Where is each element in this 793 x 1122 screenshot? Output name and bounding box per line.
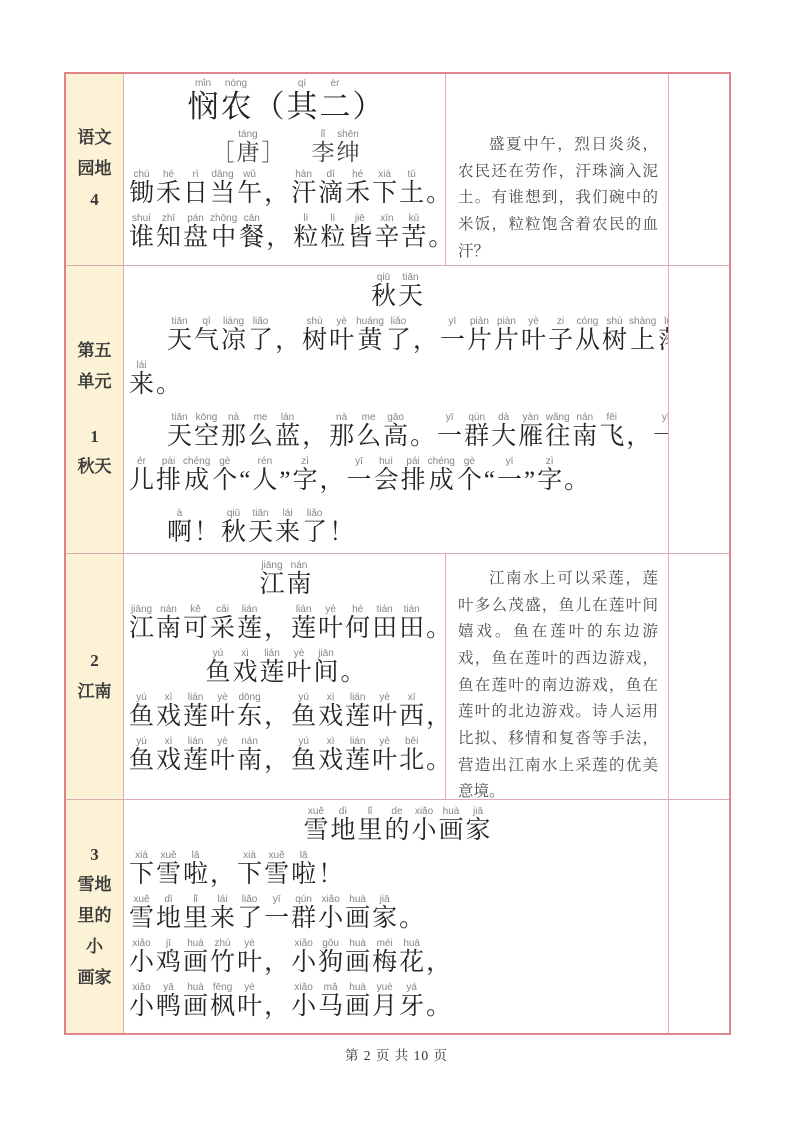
note-paragraph: 江南水上可以采莲，莲叶多么茂盛，鱼儿在莲叶间嬉戏。鱼在莲叶的东边游戏，鱼在莲叶的… (458, 566, 658, 799)
text-line: 儿ér排pái成chéng个gè“ 人rén” 字zì， 一yī会huì排pái… (128, 456, 666, 496)
lesson-content-jiangnan: 江jiāng南nán 江jiāng南nán可kě采cǎi莲lián， 莲lián… (124, 554, 446, 799)
empty-cell (669, 800, 729, 1033)
empty-cell (669, 554, 729, 799)
poem-line: 下xià雪xuě啦lā， 下xià雪xuě啦lā！ (128, 850, 666, 890)
text-line: 天tiān气qì凉liáng了liǎo， 树shù叶yè黄huáng了liǎo，… (128, 316, 666, 356)
poem-line: 小xiǎo鸡jī画huà竹zhú叶yè， 小xiǎo狗gǒu画huà梅méi花h… (128, 938, 666, 978)
poem-line: 雪xuě地dì里lǐ来lái了liǎo一yī群qún小xiǎo画huà家jiā。 (128, 894, 666, 934)
lesson-title: 秋qiū天tiān (128, 272, 666, 312)
poem-line: 鱼yú戏xì莲lián叶yè南nán， 鱼yú戏xì莲lián叶yè北běi。 (128, 736, 443, 776)
poem-title: 雪xuě地dì里lǐ的de小xiǎo画huà家jiā (128, 806, 666, 846)
poem-line: 鱼yú戏xì莲lián叶yè间jiān。 (128, 648, 443, 688)
poem-author: ［ 唐táng］ 李lǐ绅shēn (128, 129, 443, 167)
table-row-minnong: 语文园地4 悯mǐn农nóng（ 其qí二èr） ［ 唐táng］ 李lǐ绅sh… (66, 74, 729, 265)
table-row-xuedili: 3雪地里的小画家 雪xuě地dì里lǐ的de小xiǎo画huà家jiā 下xià… (66, 799, 729, 1033)
text-line: 天tiān空kōng那nà么me蓝lán， 那nà么me高gāo。 一yī群qú… (128, 412, 666, 452)
table-row-qiutian: 第五单元1秋天 秋qiū天tiān 天tiān气qì凉liáng了liǎo， 树… (66, 265, 729, 553)
unit-label-3-xuedilidexiaohuajia: 3雪地里的小画家 (66, 800, 124, 1033)
poem-line: 小xiǎo鸭yā画huà枫fēng叶yè， 小xiǎo马mǎ画huà月yuè牙y… (128, 982, 666, 1022)
empty-cell (669, 266, 729, 553)
page-number: 第 2 页 共 10 页 (0, 1044, 793, 1064)
lesson-content-xuedili: 雪xuě地dì里lǐ的de小xiǎo画huà家jiā 下xià雪xuě啦lā， … (124, 800, 669, 1033)
poem-line: 江jiāng南nán可kě采cǎi莲lián， 莲lián叶yè何hé田tián… (128, 604, 443, 644)
lesson-table: 语文园地4 悯mǐn农nóng（ 其qí二èr） ［ 唐táng］ 李lǐ绅sh… (64, 72, 731, 1035)
unit-label-2-jiangnan: 2江南 (66, 554, 124, 799)
poem-title: 江jiāng南nán (128, 560, 443, 600)
table-row-jiangnan: 2江南 江jiāng南nán 江jiāng南nán可kě采cǎi莲lián， 莲… (66, 553, 729, 799)
note-cell-jiangnan: 江南水上可以采莲，莲叶多么茂盛，鱼儿在莲叶间嬉戏。鱼在莲叶的东边游戏，鱼在莲叶的… (446, 554, 669, 799)
empty-cell (669, 74, 729, 265)
note-paragraph: 盛夏中午，烈日炎炎，农民还在劳作，汗珠滴入泥土。有谁想到，我们碗中的米饭，粒粒饱… (458, 132, 658, 265)
lesson-content-qiutian: 秋qiū天tiān 天tiān气qì凉liáng了liǎo， 树shù叶yè黄h… (124, 266, 669, 553)
note-cell-minnong: 盛夏中午，烈日炎炎，农民还在劳作，汗珠滴入泥土。有谁想到，我们碗中的米饭，粒粒饱… (446, 74, 669, 265)
poem-line: 鱼yú戏xì莲lián叶yè东dōng， 鱼yú戏xì莲lián叶yè西xī， (128, 692, 443, 732)
text-line: 啊à！ 秋qiū天tiān来lái了liǎo！ (128, 508, 666, 548)
poem-line: 锄chú禾hé日rì当dāng午wǔ， 汗hàn滴dī禾hé下xià土tǔ。 (128, 169, 443, 209)
lesson-content-minnong: 悯mǐn农nóng（ 其qí二èr） ［ 唐táng］ 李lǐ绅shēn 锄ch… (124, 74, 446, 265)
unit-label-yuwenyuandi4: 语文园地4 (66, 74, 124, 265)
text-line: 来lái。 (128, 360, 666, 400)
poem-line: 谁shuí知zhī盘pán中zhōng餐cān， 粒lì粒lì皆jiē辛xīn苦… (128, 213, 443, 253)
poem-title: 悯mǐn农nóng（ 其qí二èr） (128, 78, 443, 125)
unit-label-diwudanyuan-1-qiutian: 第五单元1秋天 (66, 266, 124, 553)
